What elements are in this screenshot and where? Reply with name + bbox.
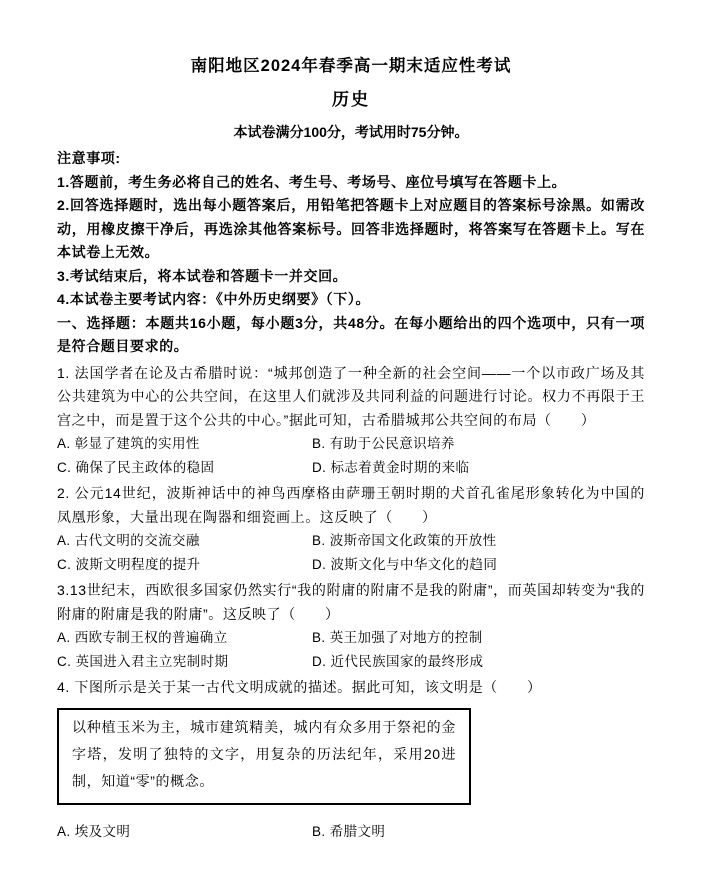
exam-subject: 历史 xyxy=(57,90,645,110)
question-2-option-a: A. 古代文明的交流交融 xyxy=(57,529,312,553)
question-2-options: A. 古代文明的交流交融 B. 波斯帝国文化政策的开放性 C. 波斯文明程度的提… xyxy=(57,529,645,576)
notes-heading: 注意事项: xyxy=(57,147,645,171)
question-1: 1. 法国学者在论及古希腊时说：“城邦创造了一种全新的社会空间——一个以市政广场… xyxy=(57,362,645,480)
question-3-option-a: A. 西欧专制王权的普遍确立 xyxy=(57,626,312,650)
question-1-option-c: C. 确保了民主政体的稳固 xyxy=(57,456,312,480)
note-item-3: 3.考试结束后，将本试卷和答题卡一并交回。 xyxy=(57,265,645,289)
question-3-option-c: C. 英国进入君主立宪制时期 xyxy=(57,650,312,674)
question-2-option-d: D. 波斯文化与中华文化的趋同 xyxy=(312,553,645,577)
question-4-stem: 4. 下图所示是关于某一古代文明成就的描述。据此可知，该文明是（ ） xyxy=(57,676,645,700)
question-4-option-a: A. 埃及文明 xyxy=(57,820,312,844)
question-1-option-b: B. 有助于公民意识培养 xyxy=(312,432,645,456)
question-4-options: A. 埃及文明 B. 希腊文明 xyxy=(57,820,645,844)
question-2-option-b: B. 波斯帝国文化政策的开放性 xyxy=(312,529,645,553)
question-4-option-b: B. 希腊文明 xyxy=(312,820,645,844)
question-1-option-a: A. 彰显了建筑的实用性 xyxy=(57,432,312,456)
question-3-option-d: D. 近代民族国家的最终形成 xyxy=(312,650,645,674)
question-3-option-b: B. 英王加强了对地方的控制 xyxy=(312,626,645,650)
exam-info: 本试卷满分100分，考试用时75分钟。 xyxy=(57,123,645,141)
note-item-1: 1.答题前，考生务必将自己的姓名、考生号、考场号、座位号填写在答题卡上。 xyxy=(57,171,645,195)
question-2-option-c: C. 波斯文明程度的提升 xyxy=(57,553,312,577)
question-4: 4. 下图所示是关于某一古代文明成就的描述。据此可知，该文明是（ ） 以种植玉米… xyxy=(57,676,645,843)
question-1-options: A. 彰显了建筑的实用性 B. 有助于公民意识培养 C. 确保了民主政体的稳固 … xyxy=(57,432,645,479)
question-2-stem: 2. 公元14世纪，波斯神话中的神鸟西摩格由萨珊王朝时期的犬首孔雀尾形象转化为中… xyxy=(57,482,645,529)
question-1-option-d: D. 标志着黄金时期的来临 xyxy=(312,456,645,480)
section-heading: 一、选择题：本题共16小题，每小题3分，共48分。在每小题给出的四个选项中，只有… xyxy=(57,312,645,359)
question-2: 2. 公元14世纪，波斯神话中的神鸟西摩格由萨珊王朝时期的犬首孔雀尾形象转化为中… xyxy=(57,482,645,576)
question-3-stem: 3.13世纪末，西欧很多国家仍然实行“我的附庸的附庸不是我的附庸”，而英国却转变… xyxy=(57,579,645,626)
material-box: 以种植玉米为主，城市建筑精美，城内有众多用于祭祀的金字塔，发明了独特的文字，用复… xyxy=(57,708,471,805)
note-item-2: 2.回答选择题时，选出每小题答案后，用铅笔把答题卡上对应题目的答案标号涂黑。如需… xyxy=(57,194,645,265)
question-1-stem: 1. 法国学者在论及古希腊时说：“城邦创造了一种全新的社会空间——一个以市政广场… xyxy=(57,362,645,433)
notes-section: 注意事项: 1.答题前，考生务必将自己的姓名、考生号、考场号、座位号填写在答题卡… xyxy=(57,147,645,359)
question-3: 3.13世纪末，西欧很多国家仍然实行“我的附庸的附庸不是我的附庸”，而英国却转变… xyxy=(57,579,645,673)
question-3-options: A. 西欧专制王权的普遍确立 B. 英王加强了对地方的控制 C. 英国进入君主立… xyxy=(57,626,645,673)
exam-title: 南阳地区2024年春季高一期末适应性考试 xyxy=(57,55,645,77)
material-text: 以种植玉米为主，城市建筑精美，城内有众多用于祭祀的金字塔，发明了独特的文字，用复… xyxy=(72,714,456,795)
note-item-4: 4.本试卷主要考试内容：《中外历史纲要》（下）。 xyxy=(57,288,645,312)
exam-page: 南阳地区2024年春季高一期末适应性考试 历史 本试卷满分100分，考试用时75… xyxy=(0,0,701,877)
